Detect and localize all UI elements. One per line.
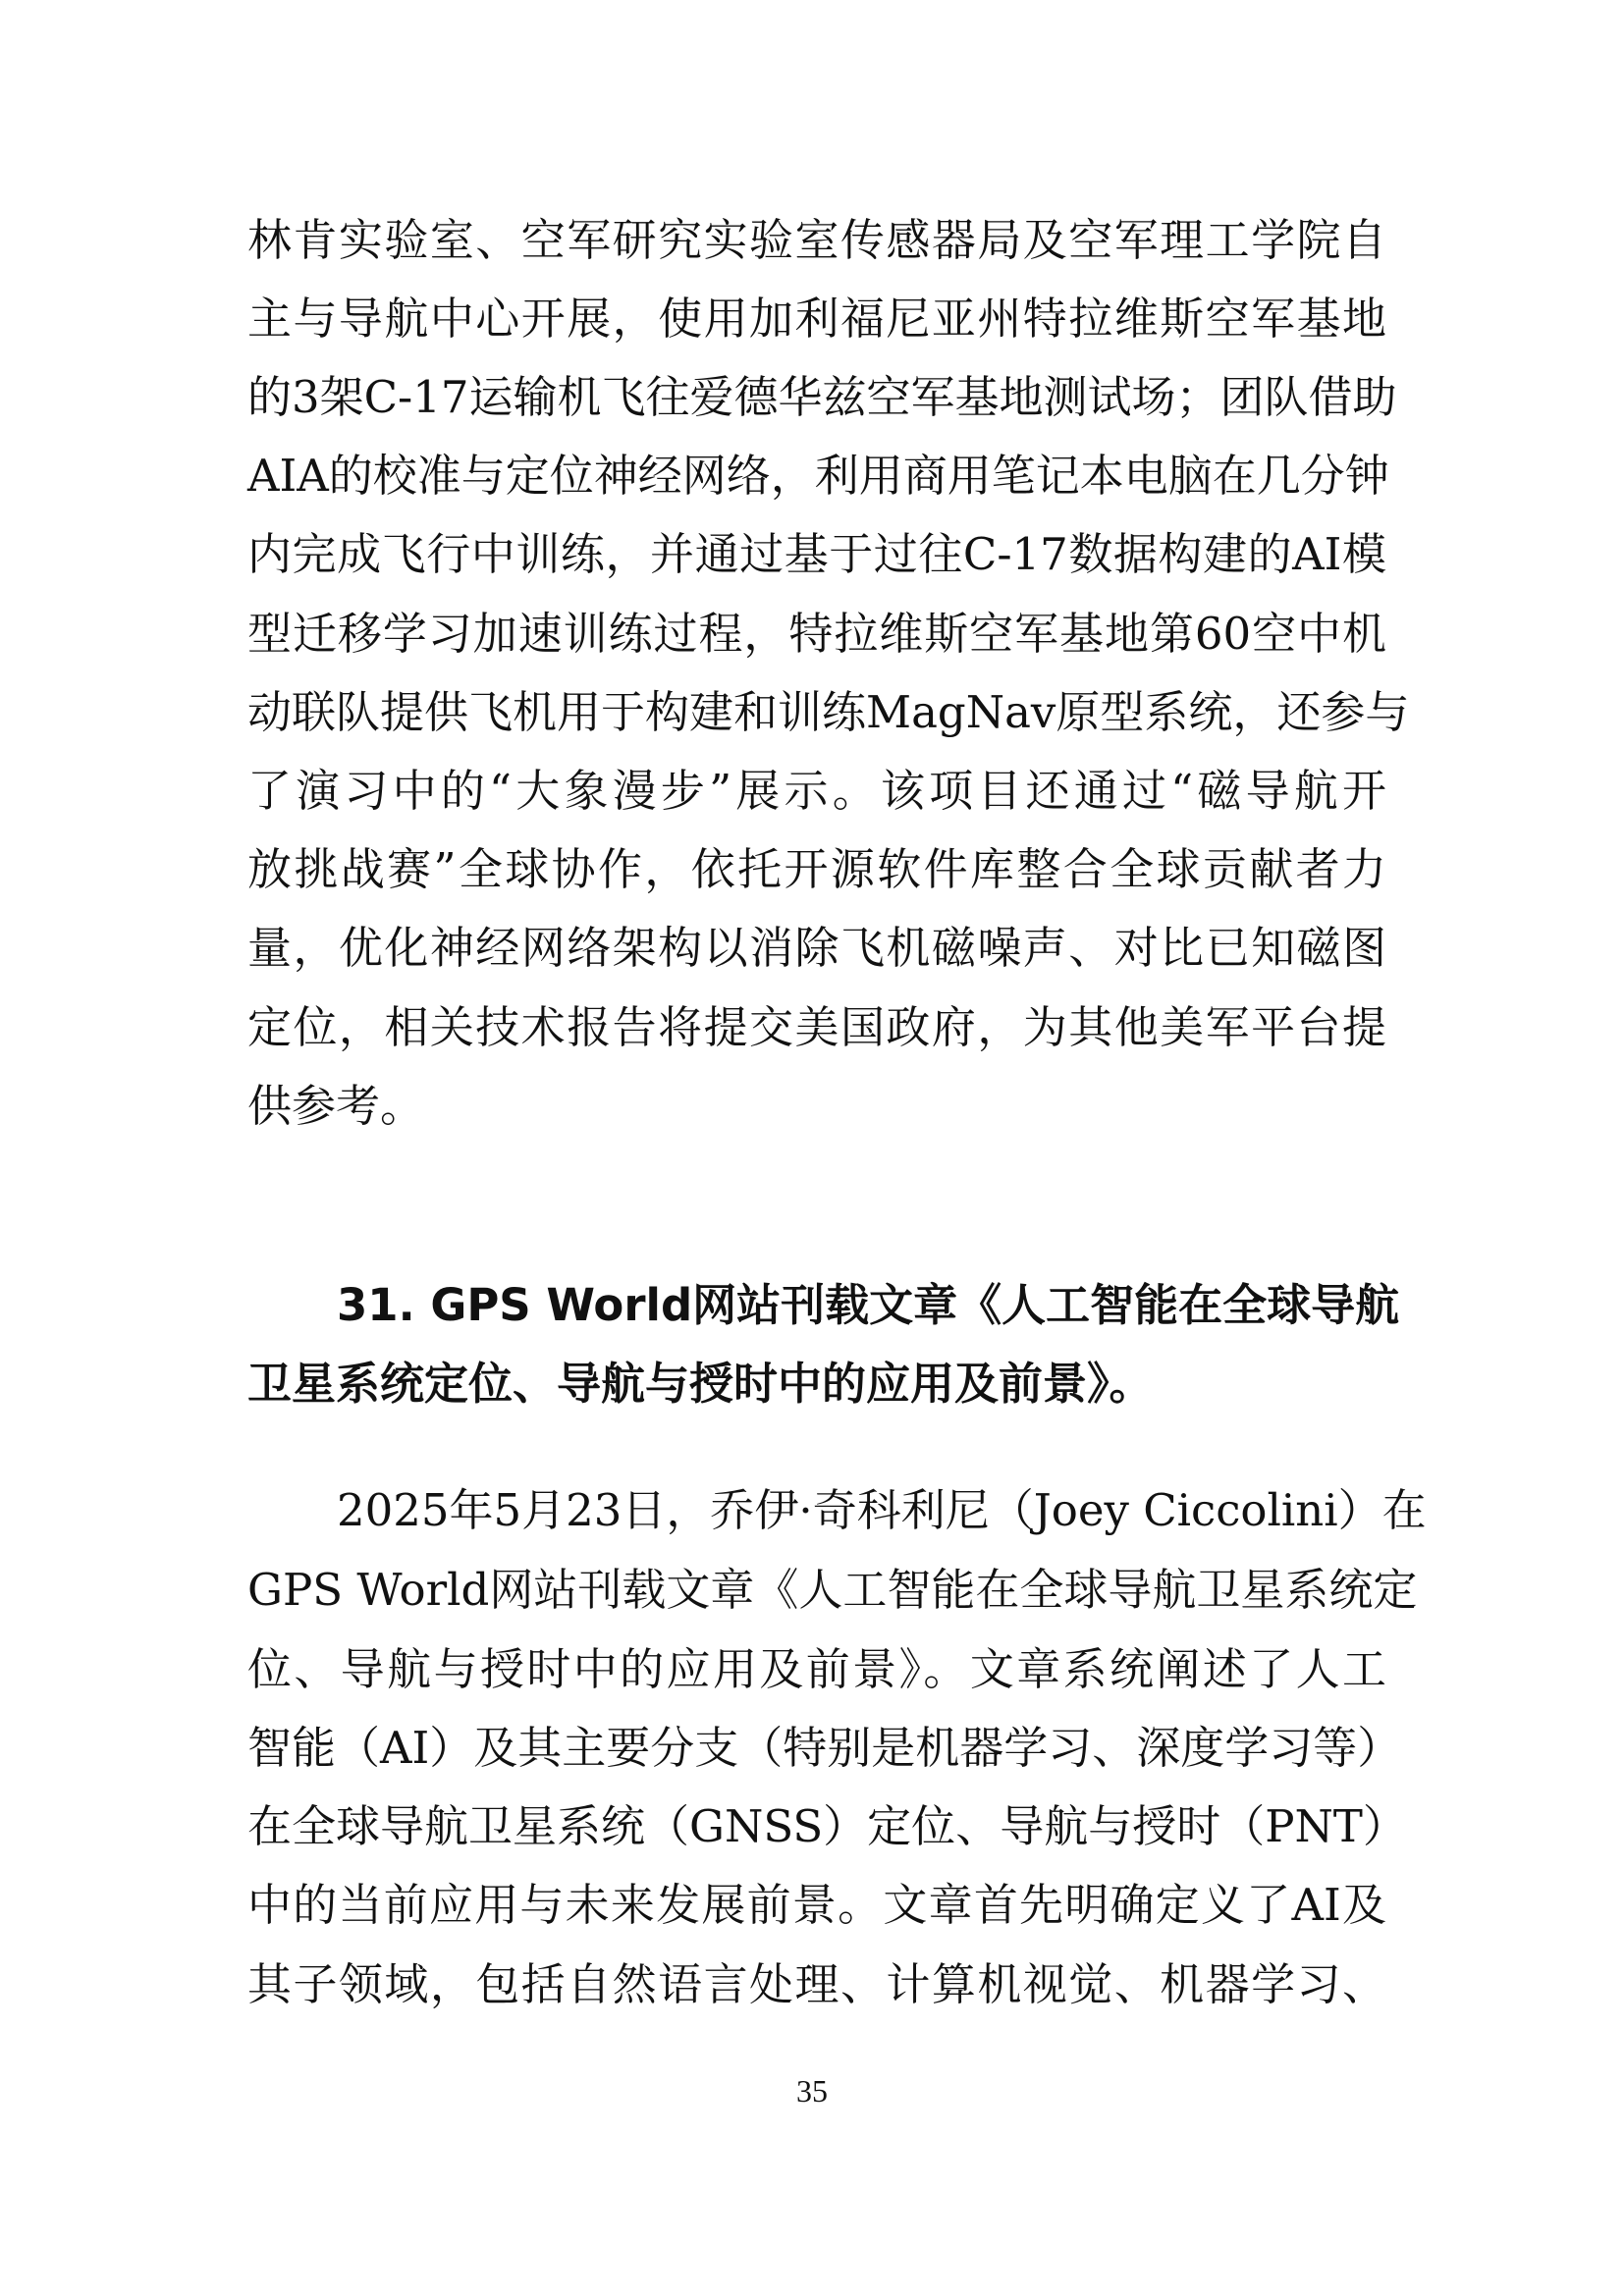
body-text-line: AIA的校准与定位神经网络，利用商用笔记本电脑在几分钟 [247,437,1386,515]
page-number: 35 [0,2073,1624,2109]
body-text-line: 量，优化神经网络架构以消除飞机磁噪声、对比已知磁图 [247,909,1386,988]
body-text-line: 供参考。 [247,1067,1386,1146]
body-text-line: 型迁移学习加速训练过程，特拉维斯空军基地第60空中机 [247,595,1386,673]
body-text-line: 智能（AI）及其主要分支（特别是机器学习、深度学习等） [247,1709,1386,1788]
body-text-line: 定位，相关技术报告将提交美国政府，为其他美军平台提 [247,988,1386,1067]
body-text-line: 放挑战赛”全球协作，依托开源软件库整合全球贡献者力 [247,830,1386,909]
body-text-line: 主与导航中心开展，使用加利福尼亚州特拉维斯空军基地 [247,280,1386,358]
body-text-line: 在全球导航卫星系统（GNSS）定位、导航与授时（PNT） [247,1788,1386,1866]
body-text-line: 2025年5月23日，乔伊·奇科利尼（Joey Ciccolini）在 [337,1471,1386,1550]
body-text-line: GPS World网站刊载文章《人工智能在全球导航卫星系统定 [247,1551,1386,1629]
body-text-line: 了演习中的“大象漫步”展示。该项目还通过“磁导航开 [247,752,1386,830]
body-text-line: 动联队提供飞机用于构建和训练MagNav原型系统，还参与 [247,673,1386,752]
body-text-line: 位、导航与授时中的应用及前景》。文章系统阐述了人工 [247,1630,1386,1709]
body-text-line: 林肯实验室、空军研究实验室传感器局及空军理工学院自 [247,201,1386,280]
body-text-line: 其子领域，包括自然语言处理、计算机视觉、机器学习、 [247,1946,1386,2024]
document-page: 林肯实验室、空军研究实验室传感器局及空军理工学院自 主与导航中心开展，使用加利福… [0,0,1624,2296]
section-heading: 卫星系统定位、导航与授时中的应用及前景》。 [247,1345,1386,1423]
body-text-line: 的3架C-17运输机飞往爱德华兹空军基地测试场；团队借助 [247,358,1386,437]
section-heading: 31. GPS World网站刊载文章《人工智能在全球导航 [337,1266,1386,1345]
body-text-line: 中的当前应用与未来发展前景。文章首先明确定义了AI及 [247,1866,1386,1945]
body-text-line: 内完成飞行中训练，并通过基于过往C-17数据构建的AI模 [247,515,1386,594]
